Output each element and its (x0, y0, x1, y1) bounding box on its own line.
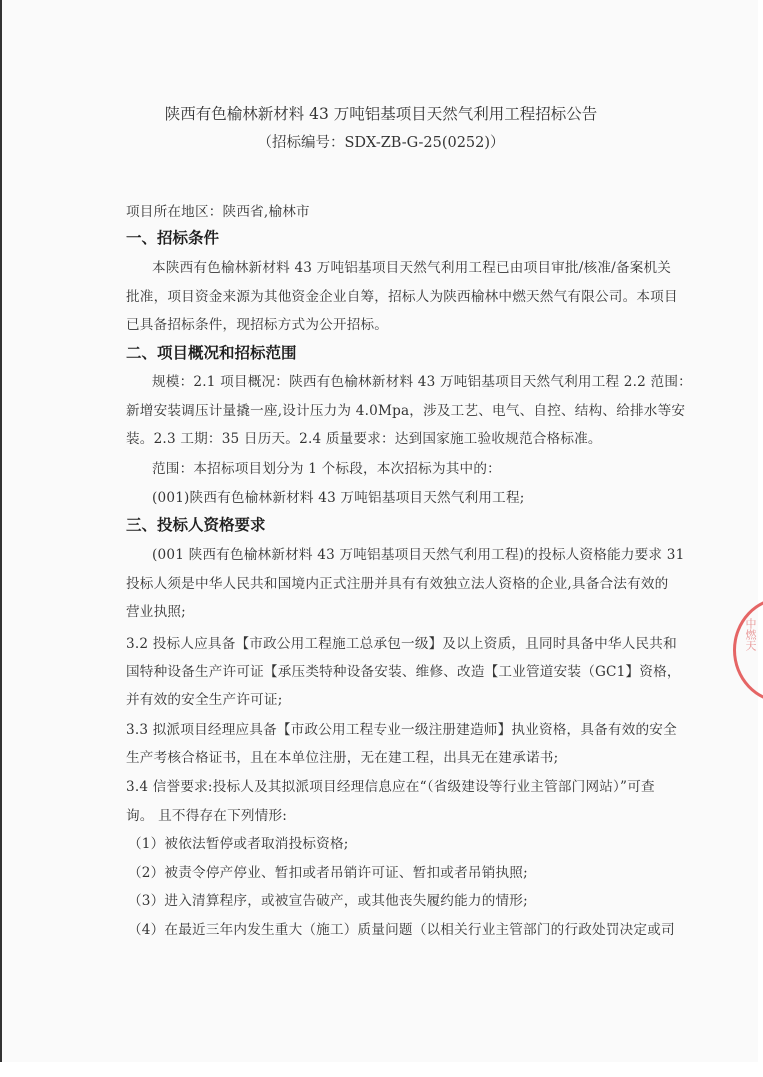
paragraph-line: 3.4 信誉要求:投标人及其拟派项目经理信息应在“（省级建设等行业主管部门网站）… (126, 778, 634, 796)
paragraph-line: 询。 且不得存在下列情形: (126, 807, 287, 825)
seal-text: 中燃天 (744, 618, 760, 651)
document-subtitle: （招标编号：SDX-ZB-G-25(0252)） (2, 133, 760, 153)
paragraph-line: (001 陕西有色榆林新材料 43 万吨铝基项目天然气利用工程)的投标人资格能力… (152, 546, 636, 564)
paragraph-line: 批准，项目资金来源为其他资金企业自筹，招标人为陕西榆林中燃天然气有限公司。本项目 (126, 288, 634, 306)
document-title: 陕西有色榆林新材料 43 万吨铝基项目天然气利用工程招标公告 (2, 104, 760, 124)
section-heading-1: 一、招标条件 (126, 228, 219, 248)
list-item: （2）被责令停产停业、暂扣或者吊销许可证、暂扣或者吊销执照; (128, 864, 528, 882)
paragraph-line: 本陕西有色榆林新材料 43 万吨铝基项目天然气利用工程已由项目审批/核准/备案机… (152, 259, 636, 277)
paragraph-line: 国特种设备生产许可证【承压类特种设备安装、维修、改造【工业管道安装（GC1】资格… (126, 663, 634, 681)
project-location: 项目所在地区：陕西省,榆林市 (126, 203, 310, 221)
list-item: （3）进入清算程序，或被宣告破产，或其他丧失履约能力的情形; (128, 892, 528, 910)
paragraph-line: 并有效的安全生产许可证; (126, 691, 283, 709)
scanned-page: 陕西有色榆林新材料 43 万吨铝基项目天然气利用工程招标公告 （招标编号：SDX… (0, 0, 758, 1062)
paragraph-line: 范围：本招标项目划分为 1 个标段，本次招标为其中的： (152, 460, 501, 478)
paragraph-line: 已具备招标条件，现招标方式为公开招标。 (126, 316, 388, 334)
paragraph-line: (001)陕西有色榆林新材料 43 万吨铝基项目天然气利用工程; (152, 489, 525, 507)
paragraph-line: 投标人须是中华人民共和国境内正式注册并具有有效独立法人资格的企业,具备合法有效的 (126, 575, 634, 593)
paragraph-line: 装。2.3 工期：35 日历天。2.4 质量要求：达到国家施工验收规范合格标准。 (126, 430, 602, 448)
paragraph-line: 3.2 投标人应具备【市政公用工程施工总承包一级】及以上资质，且同时具备中华人民… (126, 635, 634, 653)
section-heading-3: 三、投标人资格要求 (126, 515, 266, 535)
paragraph-line: 规模：2.1 项目概况：陕西有色榆林新材料 43 万吨铝基项目天然气利用工程 2… (152, 373, 636, 391)
paragraph-line: 生产考核合格证书，且在本单位注册，无在建工程，出具无在建承诺书; (126, 749, 558, 767)
paragraph-line: 营业执照; (126, 603, 186, 621)
paragraph-line: 新增安装调压计量撬一座,设计压力为 4.0Mpa，涉及工艺、电气、自控、结构、给… (126, 402, 634, 420)
paragraph-line: 3.3 拟派项目经理应具备【市政公用工程专业一级注册建造师】执业资格，具备有效的… (126, 721, 634, 739)
section-heading-2: 二、项目概况和招标范围 (126, 343, 297, 363)
list-item: （1）被依法暂停或者取消投标资格; (128, 835, 349, 853)
list-item: （4）在最近三年内发生重大（施工）质量问题（以相关行业主管部门的行政处罚决定或司 (128, 921, 636, 939)
